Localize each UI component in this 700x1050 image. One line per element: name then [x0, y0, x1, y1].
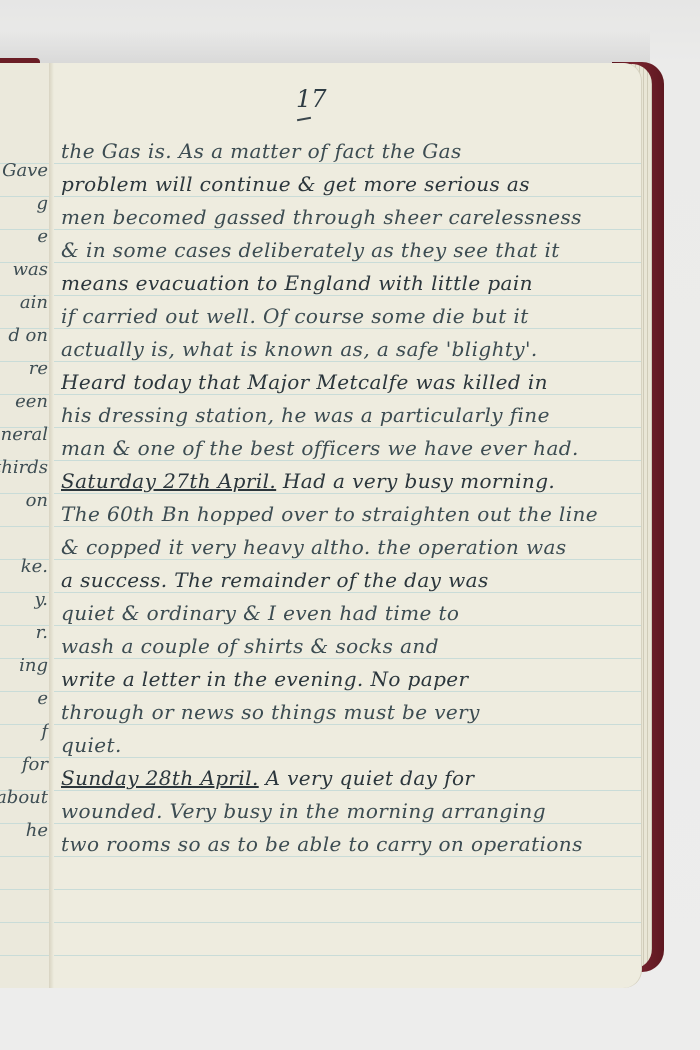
diary-line: & in some cases deliberately as they see… — [61, 236, 636, 264]
diary-line: through or news so things must be very — [61, 698, 636, 726]
diary-line: The 60th Bn hopped over to straighten ou… — [61, 500, 636, 528]
diary-line: & copped it very heavy altho. the operat… — [61, 533, 636, 561]
diary-line: wounded. Very busy in the morning arrang… — [61, 797, 636, 825]
diary-line: problem will continue & get more serious… — [61, 170, 636, 198]
diary-line: Heard today that Major Metcalfe was kill… — [61, 368, 636, 396]
left-page-fragment: re — [29, 357, 48, 381]
diary-line: two rooms so as to be able to carry on o… — [61, 830, 636, 858]
date-heading: Saturday 27th April. — [61, 469, 276, 493]
ruling-line — [0, 922, 50, 923]
left-page-fragment: thirds — [0, 456, 48, 480]
diary-line: write a letter in the evening. No paper — [61, 665, 636, 693]
diary-line: means evacuation to England with little … — [61, 269, 636, 297]
left-page-fragment: ain — [20, 291, 48, 315]
left-page-fragment: d on — [8, 324, 48, 348]
diary-line: men becomed gassed through sheer careles… — [61, 203, 636, 231]
diary-line: the Gas is. As a matter of fact the Gas — [61, 137, 636, 165]
left-page-fragment: was — [13, 258, 48, 282]
diary-line: his dressing station, he was a particula… — [61, 401, 636, 429]
date-heading: Sunday 28th April. — [61, 766, 259, 790]
left-page-fragment: g — [36, 192, 48, 216]
diary-line: actually is, what is known as, a safe 'b… — [61, 335, 636, 363]
left-page-fragment: y. — [35, 588, 49, 612]
left-page-fragment: r. — [36, 621, 48, 645]
left-page: Gavegewasaind onreeenGeneralthirdsonke.y… — [0, 63, 51, 988]
diary-line: quiet. — [61, 731, 636, 759]
diary-line: Sunday 28th April. A very quiet day for — [61, 764, 636, 792]
diary-line: wash a couple of shirts & socks and — [61, 632, 636, 660]
ruling-line — [0, 889, 50, 890]
page-number-underline — [297, 117, 311, 121]
diary-line: quiet & ordinary & I even had time to — [61, 599, 636, 627]
left-page-fragment: e — [37, 687, 48, 711]
diary-line: Saturday 27th April. Had a very busy mor… — [61, 467, 636, 495]
ruling-line — [51, 889, 641, 890]
left-page-fragment: he — [26, 819, 48, 843]
left-page-fragment: Gave — [2, 159, 48, 183]
left-page-fragment: General — [0, 423, 48, 447]
diary-line: man & one of the best officers we have e… — [61, 434, 636, 462]
left-page-fragment: on — [26, 489, 48, 513]
ruling-line — [51, 955, 641, 956]
background-shadow — [0, 30, 650, 65]
left-page-fragment: een — [15, 390, 48, 414]
page-number: 17 — [296, 85, 326, 113]
diary-line: a success. The remainder of the day was — [61, 566, 636, 594]
left-page-fragment: ke. — [21, 555, 48, 579]
book-gutter — [49, 63, 54, 988]
left-page-fragment: ing — [19, 654, 48, 678]
ruling-line — [51, 922, 641, 923]
left-page-fragment: for — [22, 753, 48, 777]
left-page-fragment: f — [41, 720, 48, 744]
ruling-line — [0, 856, 50, 857]
ruling-line — [0, 955, 50, 956]
left-page-fragment: e — [37, 225, 48, 249]
diary-line: if carried out well. Of course some die … — [61, 302, 636, 330]
right-page: 17 the Gas is. As a matter of fact the G… — [51, 63, 641, 988]
ruling-line — [0, 526, 50, 527]
left-page-fragment: about — [0, 786, 48, 810]
